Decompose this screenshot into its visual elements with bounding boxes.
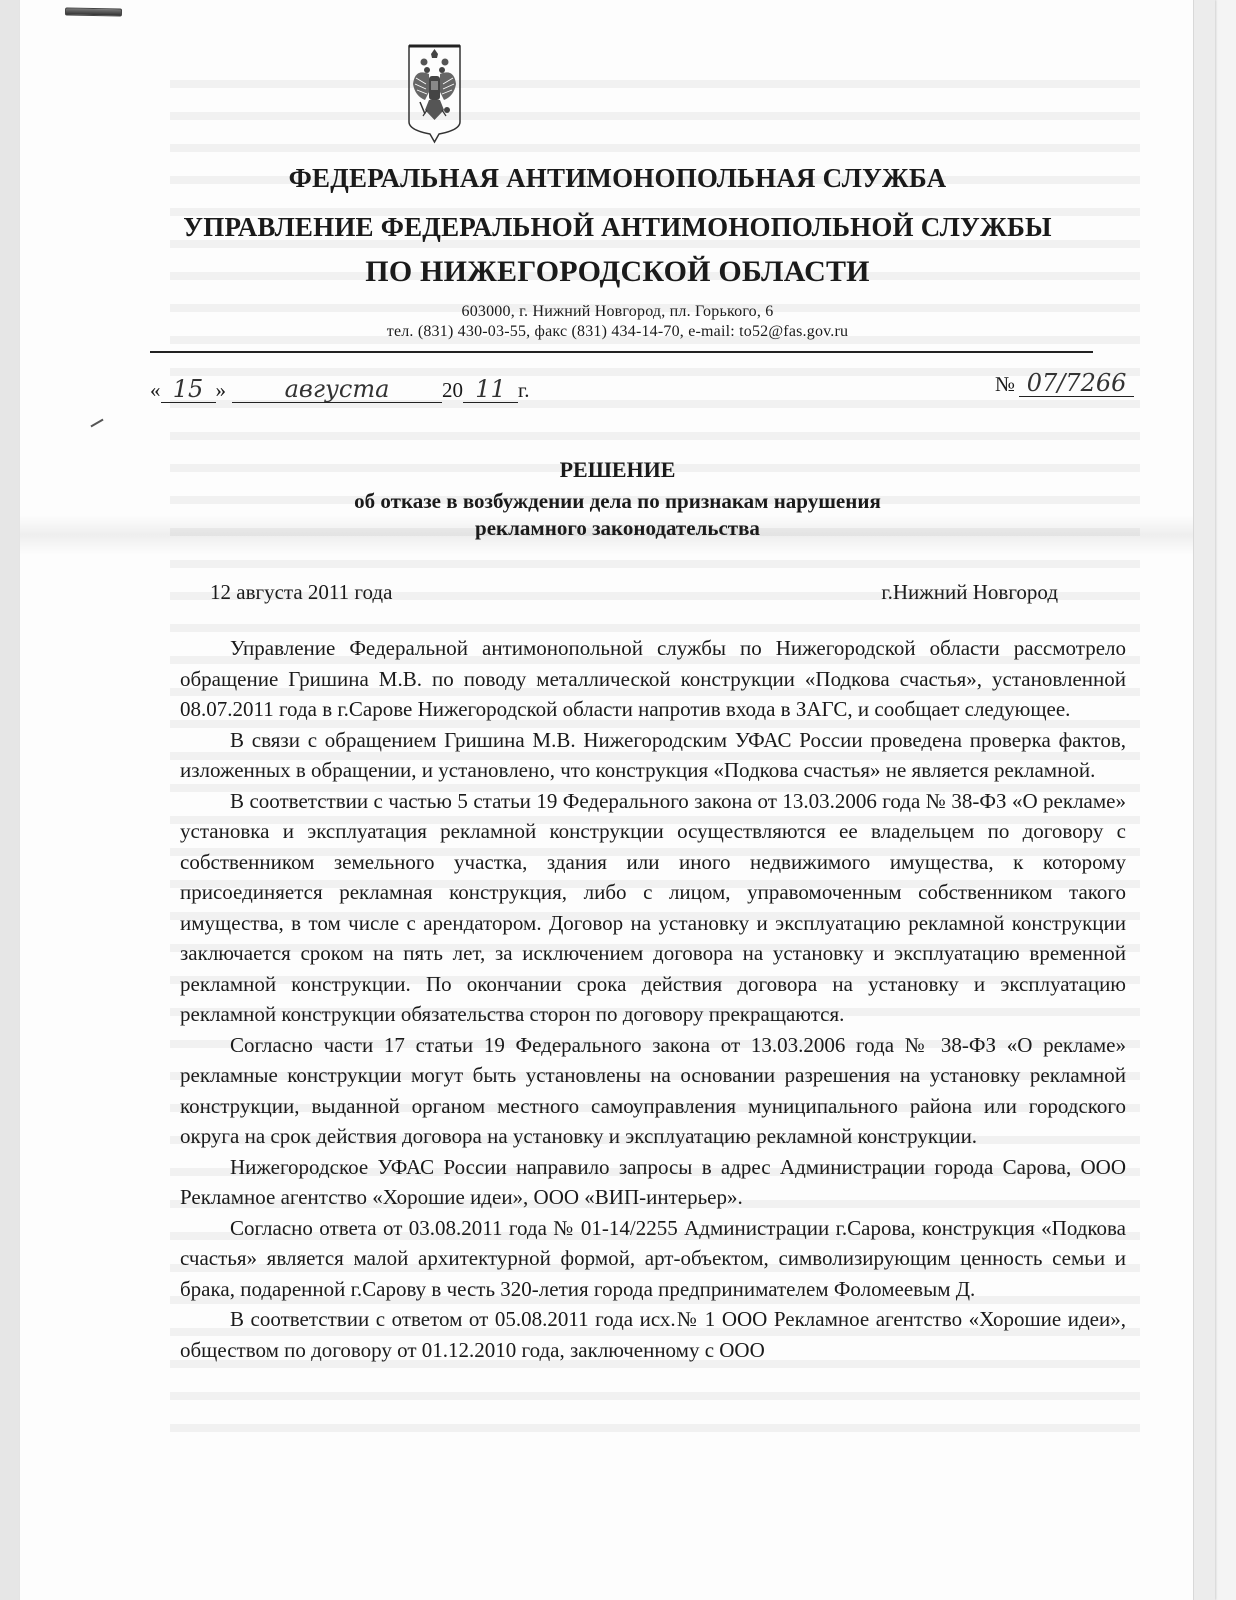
region-name: ПО НИЖЕГОРОДСКОЙ ОБЛАСТИ bbox=[20, 255, 1215, 289]
pen-mark bbox=[90, 419, 103, 428]
paragraph: В соответствии с ответом от 05.08.2011 г… bbox=[180, 1304, 1126, 1365]
date-place-row: 12 августа 2011 года г.Нижний Новгород bbox=[210, 580, 1058, 605]
number-sign: № bbox=[995, 372, 1015, 397]
paragraph: В соответствии с частью 5 статьи 19 Феде… bbox=[180, 786, 1126, 1030]
department-name: УПРАВЛЕНИЕ ФЕДЕРАЛЬНОЙ АНТИМОНОПОЛЬНОЙ С… bbox=[20, 212, 1215, 243]
paragraph: В связи с обращением Гришина М.В. Нижего… bbox=[180, 725, 1126, 786]
registration-number: № 07/7266 bbox=[995, 370, 1134, 397]
paragraph: Согласно части 17 статьи 19 Федерального… bbox=[180, 1030, 1126, 1152]
document-page: ФЕДЕРАЛЬНАЯ АНТИМОНОПОЛЬНАЯ СЛУЖБА УПРАВ… bbox=[20, 0, 1215, 1600]
handwritten-number: 07/7266 bbox=[1019, 370, 1134, 397]
decision-date: 12 августа 2011 года bbox=[210, 580, 392, 605]
paragraph: Управление Федеральной антимонопольной с… bbox=[180, 633, 1126, 725]
paragraph: Согласно ответа от 03.08.2011 года № 01-… bbox=[180, 1213, 1126, 1305]
postal-address: 603000, г. Нижний Новгород, пл. Горького… bbox=[20, 303, 1215, 321]
document-title: РЕШЕНИЕ bbox=[20, 457, 1215, 483]
contact-info: тел. (831) 430-03-55, факс (831) 434-14-… bbox=[20, 323, 1215, 341]
registration-date: « 15 » августа 20 11 г. bbox=[150, 376, 530, 403]
letterhead-divider bbox=[150, 351, 1093, 353]
agency-name: ФЕДЕРАЛЬНАЯ АНТИМОНОПОЛЬНАЯ СЛУЖБА bbox=[20, 163, 1215, 194]
handwritten-day: 15 bbox=[161, 376, 216, 403]
paragraph: Нижегородское УФАС России направило запр… bbox=[180, 1152, 1126, 1213]
year-mark: г. bbox=[518, 378, 530, 403]
coat-of-arms-icon bbox=[407, 44, 462, 144]
staple-icon bbox=[65, 8, 122, 17]
decision-place: г.Нижний Новгород bbox=[881, 580, 1058, 605]
scan-left-edge bbox=[0, 0, 20, 1600]
close-quote: » bbox=[216, 378, 227, 403]
handwritten-year: 11 bbox=[463, 376, 518, 403]
year-prefix: 20 bbox=[442, 378, 463, 403]
document-body: Управление Федеральной антимонопольной с… bbox=[180, 633, 1126, 1365]
document-subtitle-line2: рекламного законодательства bbox=[20, 516, 1215, 541]
document-subtitle-line1: об отказе в возбуждении дела по признака… bbox=[20, 489, 1215, 514]
handwritten-month: августа bbox=[232, 376, 442, 403]
open-quote: « bbox=[150, 378, 161, 403]
